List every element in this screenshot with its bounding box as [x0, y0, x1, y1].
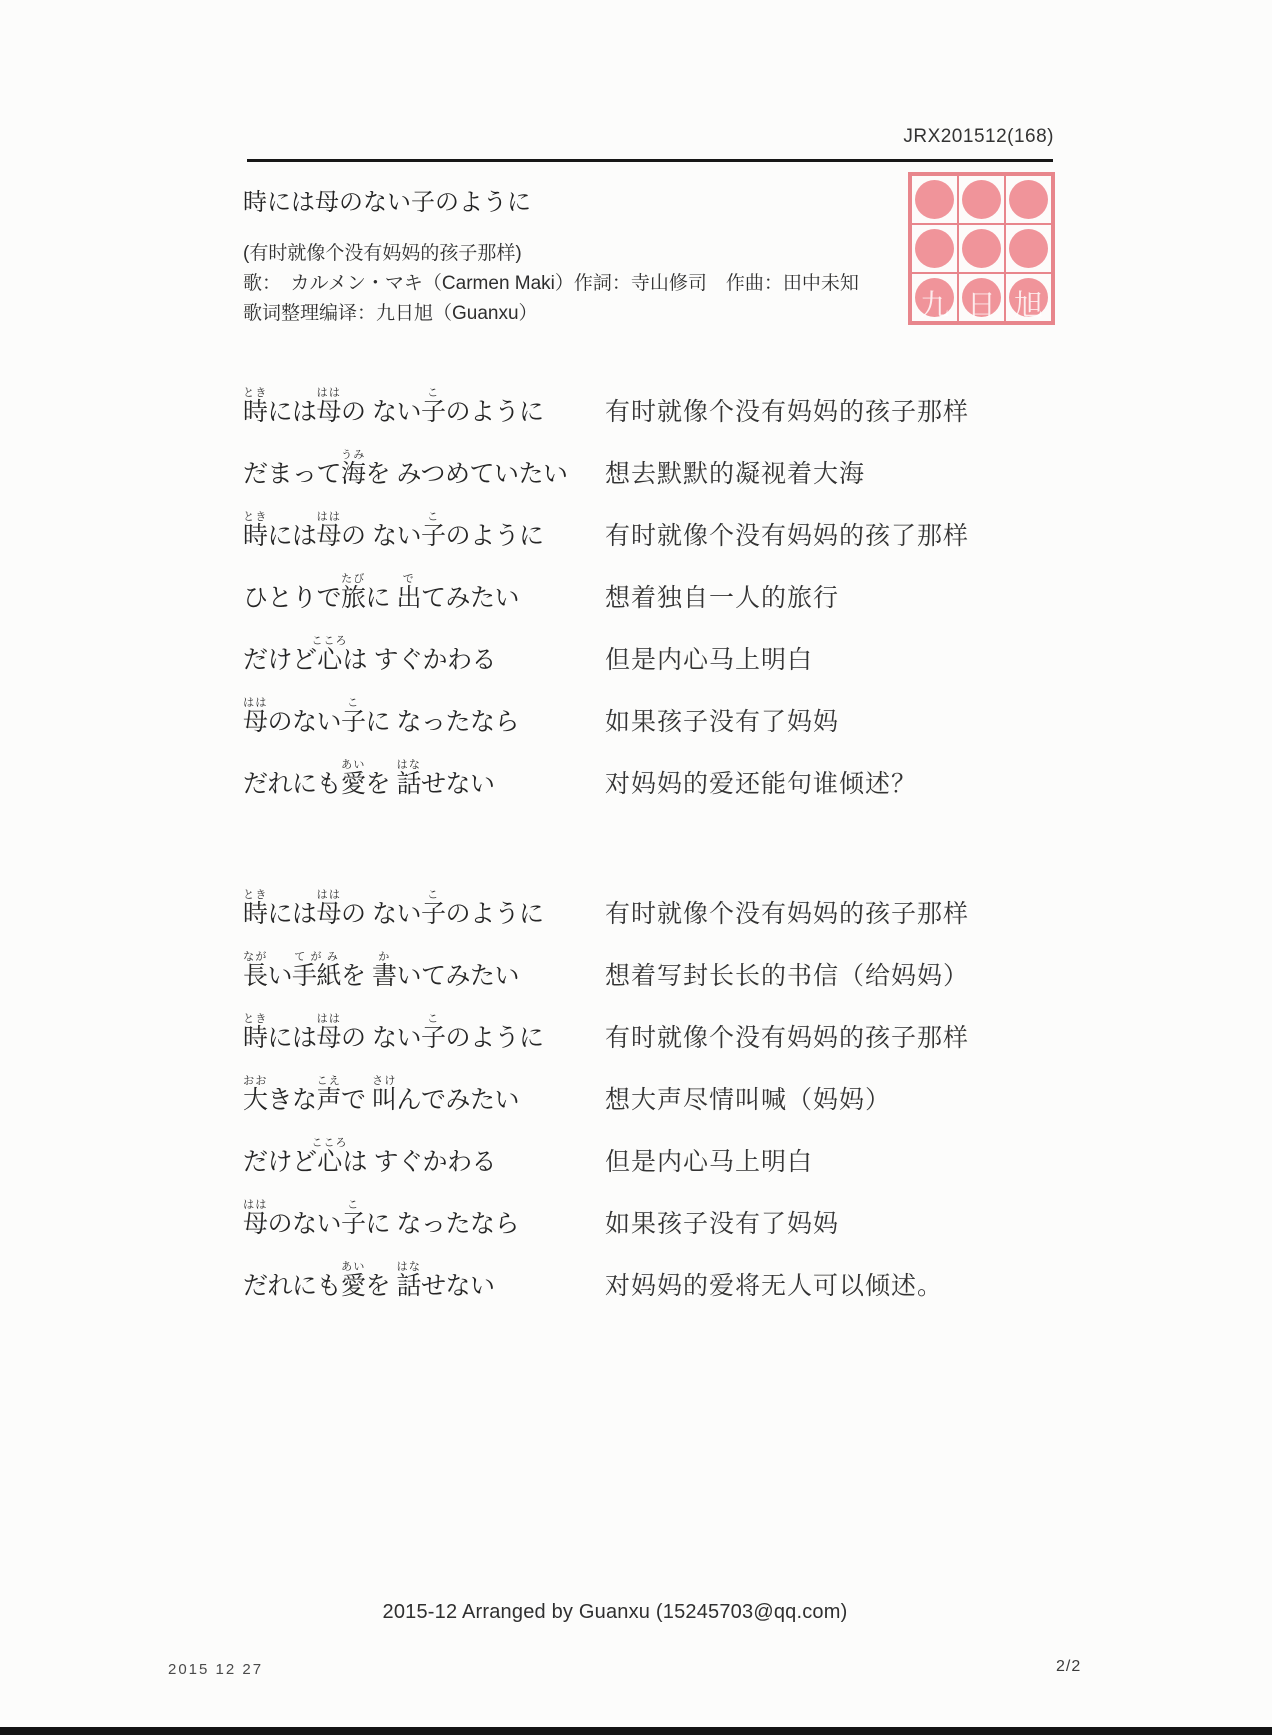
lyric-japanese: ひとりで旅たびに 出でてみたい [243, 573, 605, 614]
lyric-line: 時ときには母ははの ない子このように 有时就像个没有妈妈的孩了那样 [243, 490, 1053, 552]
lyric-translation: 对妈妈的爱还能句谁倾述？ [605, 769, 917, 800]
lyric-japanese: 時ときには母ははの ない子このように [243, 511, 605, 552]
lyric-translation: 对妈妈的爱将无人可以倾述。 [605, 1271, 943, 1302]
lyric-translation: 但是内心马上明白 [605, 1147, 813, 1178]
lyric-line: ひとりで旅たびに 出でてみたい 想着独自一人的旅行 [243, 552, 1053, 614]
translator-line: 歌词整理编译：九日旭（Guanxu） [243, 299, 859, 329]
stamp-cell: 日 [958, 273, 1005, 322]
lyric-line: だまって海うみを みつめていたい 想去默默的凝视着大海 [243, 428, 1053, 490]
lyric-japanese: 母ははのない子こに なったなら [243, 1199, 605, 1240]
lyric-line: だれにも愛あいを 話はなせない 对妈妈的爱还能句谁倾述？ [243, 738, 1053, 800]
stamp-circle [1009, 229, 1048, 268]
lyric-japanese: 大おおきな声こえで 叫さけんでみたい [243, 1075, 605, 1116]
seal-stamp: 九 日 旭 [908, 172, 1055, 325]
lyric-line: 時ときには母ははの ない子このように 有时就像个没有妈妈的孩子那样 [243, 868, 1053, 930]
lyric-japanese: 時ときには母ははの ない子このように [243, 1013, 605, 1054]
lyric-japanese: だれにも愛あいを 話はなせない [243, 1261, 605, 1302]
song-title-chinese: (有时就像个没有妈妈的孩子那样) [243, 239, 859, 269]
lyric-line: だけど心こころは すぐかわる 但是内心马上明白 [243, 1116, 1053, 1178]
lyric-translation: 想去默默的凝视着大海 [605, 459, 865, 490]
stamp-cell: 旭 [1005, 273, 1052, 322]
stanza-1: 時ときには母ははの ない子このように 有时就像个没有妈妈的孩子那样 だまって海う… [243, 366, 1053, 800]
lyric-japanese: 母ははのない子こに なったなら [243, 697, 605, 738]
lyric-japanese: 長ながい手紙てがみを 書かいてみたい [243, 951, 605, 992]
lyric-japanese: だけど心こころは すぐかわる [243, 1137, 605, 1178]
lyric-translation: 有时就像个没有妈妈的孩了那样 [605, 521, 969, 552]
stamp-circle [915, 180, 954, 219]
title-block: 時には母のない子のように (有时就像个没有妈妈的孩子那样) 歌： カルメン・マキ… [243, 188, 859, 329]
lyric-line: だれにも愛あいを 話はなせない 对妈妈的爱将无人可以倾述。 [243, 1240, 1053, 1302]
scan-edge [0, 1727, 1272, 1735]
lyric-line: 長ながい手紙てがみを 書かいてみたい 想着写封长长的书信（给妈妈） [243, 930, 1053, 992]
lyric-line: 時ときには母ははの ない子このように 有时就像个没有妈妈的孩子那样 [243, 366, 1053, 428]
stanza-2: 時ときには母ははの ない子このように 有时就像个没有妈妈的孩子那样 長ながい手紙… [243, 868, 1053, 1302]
stamp-character: 旭 [1006, 289, 1051, 323]
lyric-japanese: だけど心こころは すぐかわる [243, 635, 605, 676]
stamp-cell [911, 175, 958, 224]
stamp-cell [1005, 224, 1052, 273]
document-page: JRX201512(168) 九 日 旭 時には母のない子のように (有时就像个… [0, 0, 1272, 1735]
stamp-circle [962, 229, 1001, 268]
lyric-translation: 有时就像个没有妈妈的孩子那样 [605, 397, 969, 428]
doc-code: JRX201512(168) [903, 126, 1054, 148]
lyric-translation: 有时就像个没有妈妈的孩子那样 [605, 1023, 969, 1054]
stamp-character: 九 [912, 289, 957, 323]
lyric-line: 母ははのない子こに なったなら 如果孩子没有了妈妈 [243, 1178, 1053, 1240]
lyric-japanese: 時ときには母ははの ない子このように [243, 387, 605, 428]
stamp-cell [911, 224, 958, 273]
stamp-character: 日 [959, 289, 1004, 323]
stamp-cell [958, 175, 1005, 224]
stamp-circle [915, 229, 954, 268]
lyric-translation: 有时就像个没有妈妈的孩子那样 [605, 899, 969, 930]
lyric-line: 大おおきな声こえで 叫さけんでみたい 想大声尽情叫喊（妈妈） [243, 1054, 1053, 1116]
lyric-translation: 但是内心马上明白 [605, 645, 813, 676]
song-title-japanese: 時には母のない子のように [243, 188, 859, 218]
lyric-line: だけど心こころは すぐかわる 但是内心马上明白 [243, 614, 1053, 676]
lyric-japanese: 時ときには母ははの ない子このように [243, 889, 605, 930]
lyric-translation: 想着独自一人的旅行 [605, 583, 839, 614]
header-rule [247, 159, 1053, 162]
lyric-line: 母ははのない子こに なったなら 如果孩子没有了妈妈 [243, 676, 1053, 738]
lyric-japanese: だまって海うみを みつめていたい [243, 449, 605, 490]
date-stamp: 2015 12 27 [168, 1661, 263, 1678]
lyric-translation: 想大声尽情叫喊（妈妈） [605, 1085, 891, 1116]
page-number: 2/2 [1056, 1658, 1081, 1676]
lyric-translation: 想着写封长长的书信（给妈妈） [605, 961, 969, 992]
stamp-cell: 九 [911, 273, 958, 322]
credits-line: 歌： カルメン・マキ（Carmen Maki）作詞：寺山修司 作曲：田中未知 [243, 269, 859, 299]
footer-credit: 2015-12 Arranged by Guanxu (15245703@qq.… [0, 1601, 1230, 1624]
stamp-circle [962, 180, 1001, 219]
stamp-cell [1005, 175, 1052, 224]
lyric-line: 時ときには母ははの ない子このように 有时就像个没有妈妈的孩子那样 [243, 992, 1053, 1054]
stamp-circle [1009, 180, 1048, 219]
lyric-translation: 如果孩子没有了妈妈 [605, 1209, 839, 1240]
stamp-cell [958, 224, 1005, 273]
lyric-japanese: だれにも愛あいを 話はなせない [243, 759, 605, 800]
lyric-translation: 如果孩子没有了妈妈 [605, 707, 839, 738]
